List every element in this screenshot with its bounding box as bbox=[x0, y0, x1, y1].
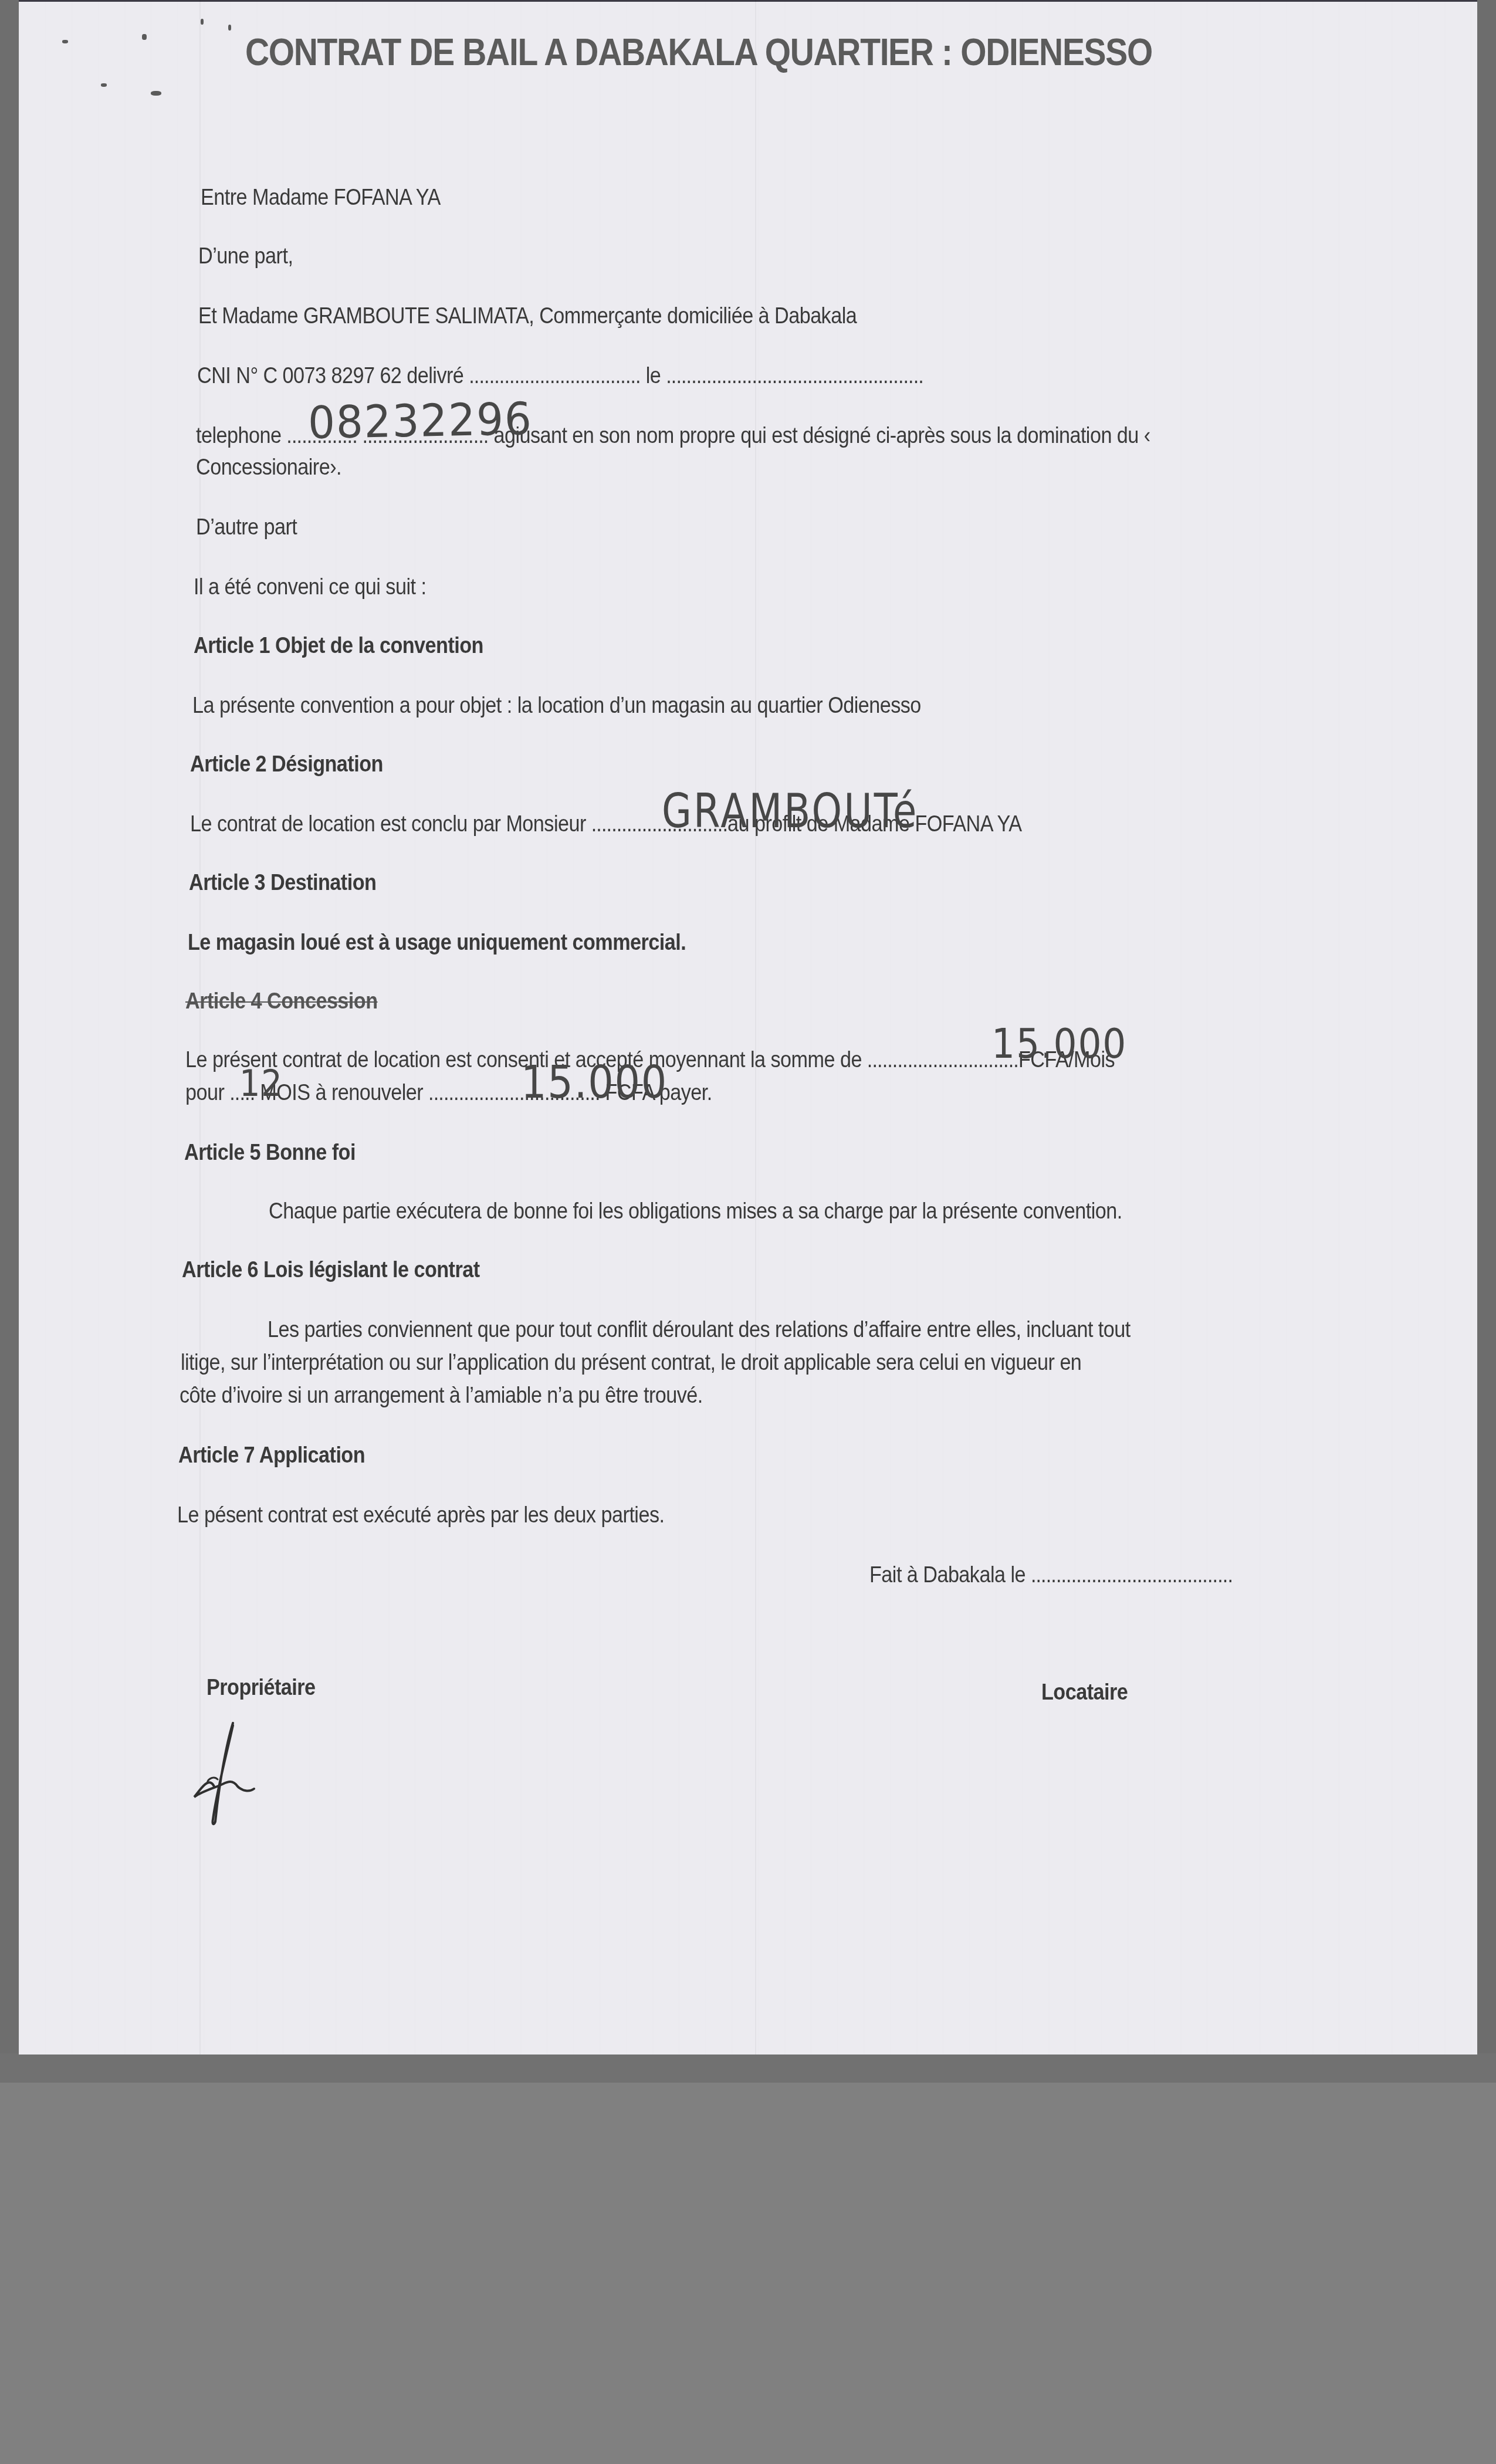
article-2-text-prefix: Le contrat de location est conclu par Mo… bbox=[190, 812, 586, 837]
paper-blemish bbox=[201, 19, 204, 25]
telephone-handwritten: 08232296 bbox=[307, 392, 533, 449]
paper-blemish bbox=[142, 34, 147, 40]
agreed-line: Il a été conveni ce qui suit : bbox=[194, 575, 426, 600]
paper-blemish bbox=[62, 40, 68, 43]
signed-at-label: Fait à Dabakala le bbox=[869, 1563, 1025, 1588]
article-2-heading: Article 2 Désignation bbox=[190, 752, 383, 777]
owner-signature-label: Propriétaire bbox=[207, 1676, 315, 1701]
first-part-line: D’une part, bbox=[198, 244, 293, 269]
article-2-handwritten-name: GRAMBOUTé bbox=[662, 784, 919, 838]
duration-months-handwritten: 12 bbox=[239, 1062, 283, 1105]
article-1-heading: Article 1 Objet de la convention bbox=[194, 634, 483, 659]
cni-date-label: le bbox=[646, 364, 661, 388]
article-3-text: Le magasin loué est à usage uniquement c… bbox=[188, 930, 686, 956]
telephone-label: telephone bbox=[196, 424, 281, 448]
scan-bottom-strip bbox=[0, 2053, 1496, 2083]
paper-blemish bbox=[228, 25, 231, 31]
cni-label: CNI N° C 0073 8297 62 delivré bbox=[197, 364, 463, 388]
article-5-text: Chaque partie exécutera de bonne foi les… bbox=[269, 1199, 1122, 1224]
article-3-heading: Article 3 Destination bbox=[189, 871, 376, 896]
duration-label: pour bbox=[185, 1081, 224, 1105]
other-part-line: D’autre part bbox=[196, 515, 297, 540]
paper-blemish bbox=[101, 83, 107, 87]
monthly-rent-handwritten: 15.000 bbox=[991, 1020, 1127, 1068]
article-7-heading: Article 7 Application bbox=[178, 1443, 365, 1468]
signature-date-field: ........................................ bbox=[1031, 1563, 1233, 1588]
article-6-heading: Article 6 Lois législant le contrat bbox=[182, 1258, 480, 1283]
paper-blemish bbox=[151, 91, 161, 96]
cni-issued-at-field: .................................. bbox=[469, 364, 640, 388]
scan-right-edge bbox=[1477, 0, 1496, 2056]
owner-signature-icon bbox=[191, 1722, 296, 1827]
concessionaire-line: Concessionaire›. bbox=[196, 455, 341, 480]
party-owner-line: Entre Madame FOFANA YA bbox=[201, 185, 441, 211]
cni-line: CNI N° C 0073 8297 62 delivré ..........… bbox=[197, 364, 923, 389]
article-1-text: La présente convention a pour objet : la… bbox=[192, 693, 921, 719]
document-title: CONTRAT DE BAIL A DABAKALA QUARTIER : OD… bbox=[245, 31, 1152, 74]
scan-left-edge bbox=[0, 0, 19, 2056]
cni-date-field: ........................................… bbox=[666, 364, 923, 388]
renewal-label: MOIS à renouveler bbox=[260, 1081, 423, 1105]
party-tenant-line: Et Madame GRAMBOUTE SALIMATA, Commerçant… bbox=[198, 304, 857, 329]
article-7-text: Le pésent contrat est exécuté après par … bbox=[177, 1503, 664, 1528]
renewal-amount-handwritten: 15.000 bbox=[521, 1056, 668, 1108]
article-6-text-line: litige, sur l’interprétation ou sur l’ap… bbox=[181, 1351, 1081, 1376]
tenant-signature-label: Locataire bbox=[1041, 1680, 1128, 1705]
telephone-suffix: agiusant en son nom propre qui est désig… bbox=[493, 424, 1150, 448]
signed-at-line: Fait à Dabakala le .....................… bbox=[869, 1563, 1233, 1588]
article-6-text-line: Les parties conviennent que pour tout co… bbox=[268, 1318, 1131, 1343]
article-4-heading: Article 4 Concession bbox=[185, 989, 378, 1014]
article-5-heading: Article 5 Bonne foi bbox=[184, 1140, 356, 1166]
article-6-text-line: côte d’ivoire si un arrangement à l’amia… bbox=[180, 1383, 703, 1409]
